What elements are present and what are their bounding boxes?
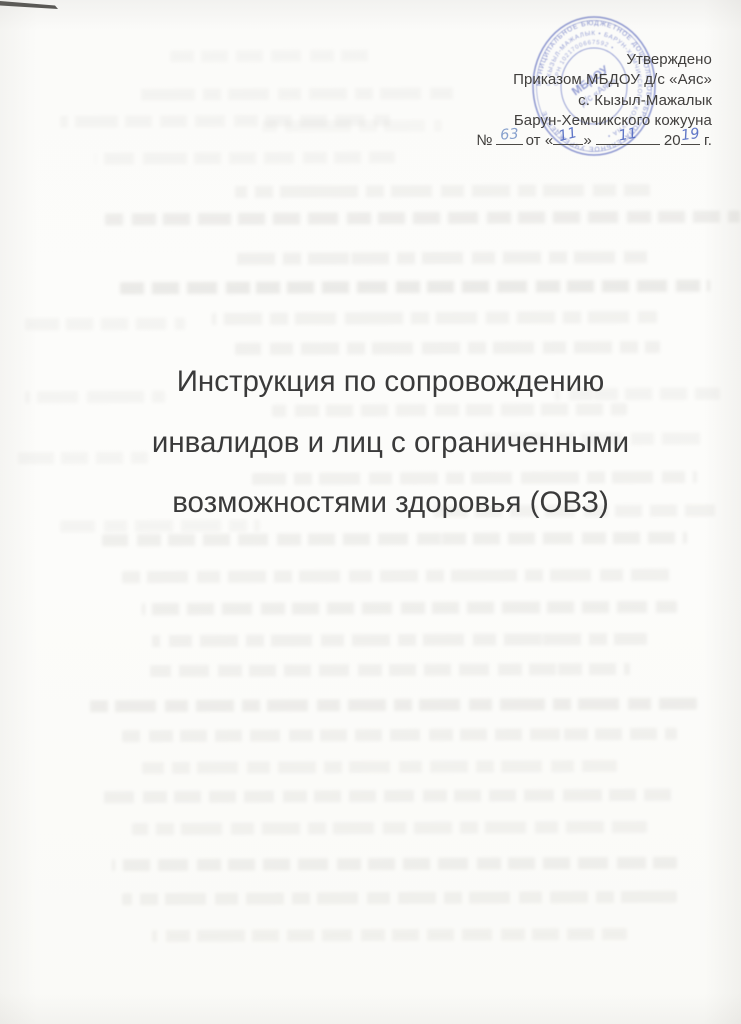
document-title-line-3: возможностями здоровья (ОВЗ)	[40, 473, 741, 534]
bleed-through-line	[122, 728, 677, 742]
year-suffix: г.	[704, 132, 712, 149]
bleed-through-line	[122, 569, 677, 583]
handwritten-order-number: 63	[495, 124, 523, 146]
approval-block: Утверждено Приказом МБДОУ д/с «Аяс» с. К…	[476, 50, 712, 151]
bleed-through-line	[262, 120, 442, 133]
bleed-through-line	[122, 891, 677, 905]
bleed-through-line	[132, 821, 647, 835]
bleed-through-line	[112, 857, 677, 871]
bleed-through-line	[102, 789, 677, 804]
bleed-through-line	[142, 760, 617, 774]
approval-number-line: №63от «11»112019 г.	[476, 131, 712, 151]
year-prefix: 20	[664, 132, 681, 149]
bleed-through-line	[82, 698, 697, 713]
number-prefix: №	[476, 132, 492, 149]
approval-order-line: Приказом МБДОУ д/с «Аяс»	[476, 70, 712, 90]
bleed-through-line	[152, 633, 647, 647]
document-title-line-1: Инструкция по сопровождению	[40, 352, 741, 413]
from-label: от «	[526, 132, 554, 149]
document-title-line-2: инвалидов и лиц с ограниченными	[40, 413, 741, 474]
scan-artifact-corner-line	[0, 0, 62, 14]
document-title: Инструкция по сопровождению инвалидов и …	[40, 352, 741, 534]
bleed-through-line	[95, 151, 395, 164]
approval-village-line: с. Кызыл-Мажалык	[476, 91, 712, 111]
bleed-through-line	[25, 318, 185, 331]
month-blank: 11	[596, 131, 660, 145]
bleed-through-line	[105, 211, 740, 226]
bleed-through-line	[142, 601, 677, 615]
bleed-through-line	[232, 251, 650, 265]
bleed-through-line	[120, 280, 710, 295]
bleed-through-line	[212, 311, 657, 325]
order-number-blank: 63	[496, 131, 523, 145]
bleed-through-line	[102, 532, 687, 547]
approved-label: Утверждено	[476, 50, 712, 70]
bleed-through-line	[140, 87, 460, 100]
year-blank: 19	[681, 131, 700, 145]
handwritten-year: 19	[679, 124, 701, 147]
bleed-through-line	[170, 50, 370, 63]
bleed-through-line	[152, 928, 627, 942]
scanned-document-page: МУНИЦИПАЛЬНОЕ БЮДЖЕТНОЕ ДОШКОЛЬНОЕ ОБРАЗ…	[0, 0, 741, 1024]
bleed-through-line	[235, 184, 650, 198]
bleed-through-line	[150, 663, 630, 677]
day-blank: 11	[553, 131, 583, 145]
